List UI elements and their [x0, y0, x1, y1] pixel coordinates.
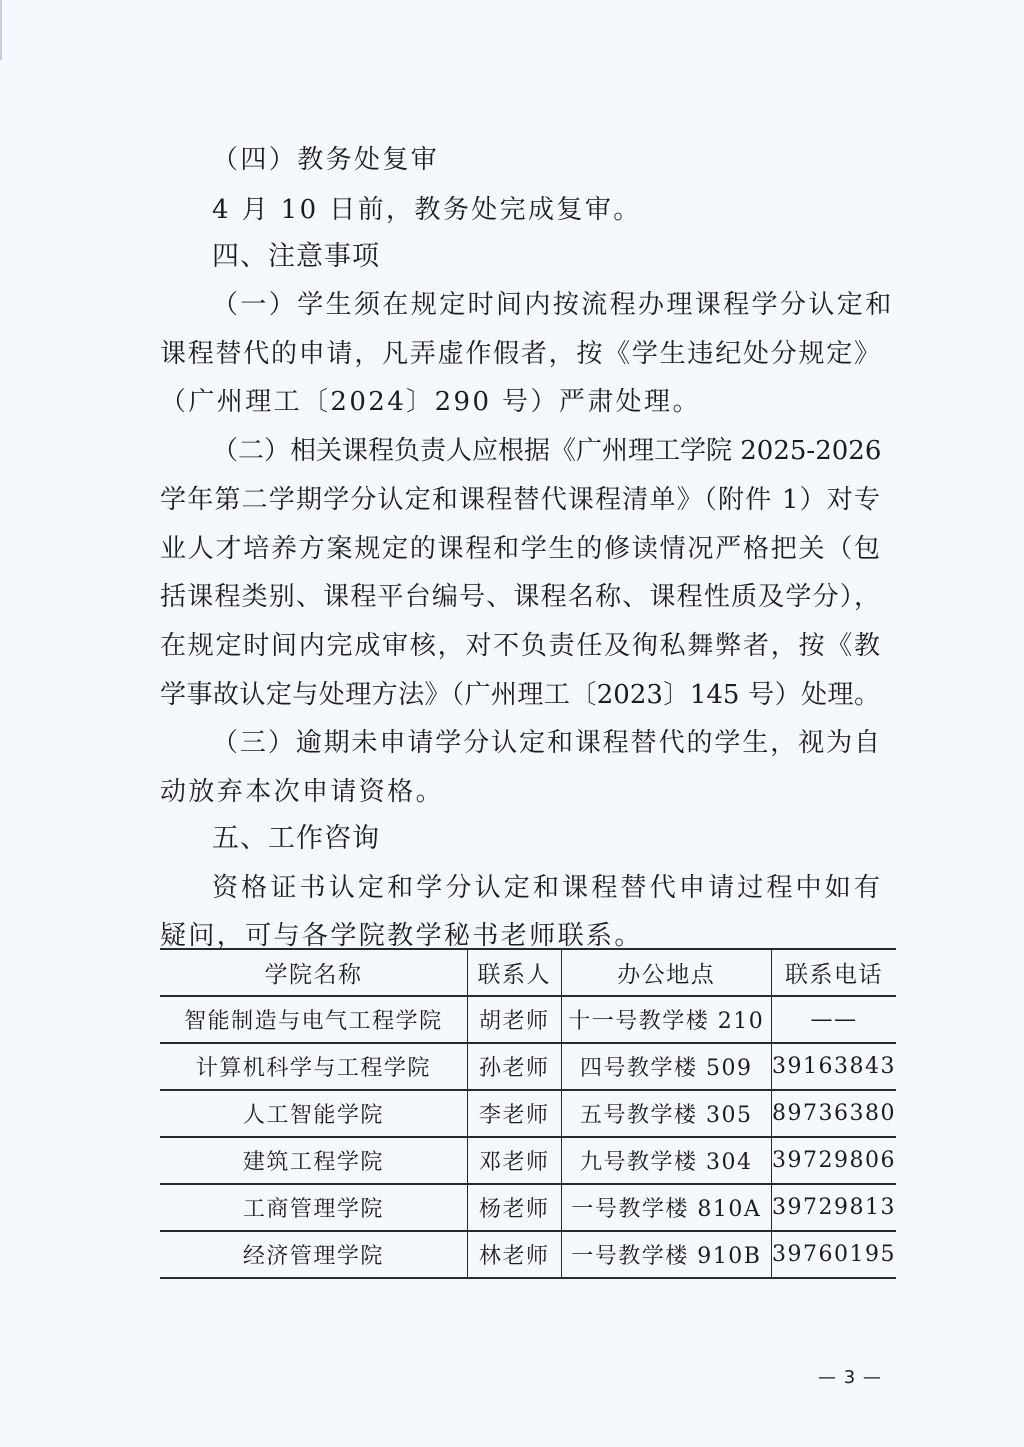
contact-person: 邓老师 — [467, 1137, 561, 1184]
note-3-line-2: 动放弃本次申请资格。 — [160, 772, 880, 812]
office-location: 十一号教学楼 210 — [561, 996, 771, 1043]
phone-number: 39729806 — [771, 1137, 896, 1184]
scan-edge-mark — [0, 0, 2, 60]
header-office-location: 办公地点 — [561, 949, 771, 996]
college-name: 智能制造与电气工程学院 — [160, 996, 467, 1043]
header-college-name: 学院名称 — [160, 949, 467, 996]
section-title-notes: 四、注意事项 — [212, 237, 932, 277]
note-2-line-2: 学年第二学期学分认定和课程替代课程清单》（附件 1）对专 — [160, 480, 880, 520]
table-row: 智能制造与电气工程学院 胡老师 十一号教学楼 210 —— — [160, 996, 896, 1043]
table-row: 经济管理学院 林老师 一号教学楼 910B 39760195 — [160, 1231, 896, 1278]
note-2-line-6: 学事故认定与处理方法》（广州理工〔2023〕145 号）处理。 — [160, 675, 880, 715]
note-1-line-2: 课程替代的申请，凡弄虚作假者，按《学生违纪处分规定》 — [160, 334, 880, 374]
table-row: 建筑工程学院 邓老师 九号教学楼 304 39729806 — [160, 1137, 896, 1184]
phone-number: 39760195 — [771, 1231, 896, 1278]
document-page: （四）教务处复审 4 月 10 日前，教务处完成复审。 四、注意事项 （一）学生… — [0, 0, 1024, 1447]
phone-number: —— — [771, 996, 896, 1043]
review-deadline-text: 4 月 10 日前，教务处完成复审。 — [212, 190, 932, 230]
note-1-line-1: （一）学生须在规定时间内按流程办理课程学分认定和 — [212, 285, 880, 325]
office-location: 四号教学楼 509 — [561, 1043, 771, 1090]
note-2-line-1: （二）相关课程负责人应根据《广州理工学院 2025-2026 — [212, 431, 880, 471]
note-1-line-3: （广州理工〔2024〕290 号）严肃处理。 — [160, 382, 880, 422]
office-location: 九号教学楼 304 — [561, 1137, 771, 1184]
phone-number: 39163843 — [771, 1043, 896, 1090]
contact-person: 林老师 — [467, 1231, 561, 1278]
college-name: 人工智能学院 — [160, 1090, 467, 1137]
header-contact-person: 联系人 — [467, 949, 561, 996]
table-row: 工商管理学院 杨老师 一号教学楼 810A 39729813 — [160, 1184, 896, 1231]
table-row: 计算机科学与工程学院 孙老师 四号教学楼 509 39163843 — [160, 1043, 896, 1090]
note-2-line-5: 在规定时间内完成审核，对不负责任及徇私舞弊者，按《教 — [160, 626, 880, 666]
phone-number: 89736380 — [771, 1090, 896, 1137]
consult-line-1: 资格证书认定和学分认定和课程替代申请过程中如有 — [212, 868, 880, 908]
contact-person: 杨老师 — [467, 1184, 561, 1231]
contacts-table: 学院名称 联系人 办公地点 联系电话 智能制造与电气工程学院 胡老师 十一号教学… — [160, 948, 896, 1279]
contact-person: 李老师 — [467, 1090, 561, 1137]
college-name: 计算机科学与工程学院 — [160, 1043, 467, 1090]
table-header-row: 学院名称 联系人 办公地点 联系电话 — [160, 949, 896, 996]
subsection-title-review: （四）教务处复审 — [212, 140, 932, 180]
college-name: 建筑工程学院 — [160, 1137, 467, 1184]
office-location: 一号教学楼 910B — [561, 1231, 771, 1278]
table-row: 人工智能学院 李老师 五号教学楼 305 89736380 — [160, 1090, 896, 1137]
contact-person: 孙老师 — [467, 1043, 561, 1090]
page-number: — 3 — — [818, 1367, 882, 1388]
phone-number: 39729813 — [771, 1184, 896, 1231]
note-2-line-4: 括课程类别、课程平台编号、课程名称、课程性质及学分）， — [160, 577, 880, 617]
contact-person: 胡老师 — [467, 996, 561, 1043]
note-3-line-1: （三）逾期未申请学分认定和课程替代的学生，视为自 — [212, 723, 880, 763]
college-name: 经济管理学院 — [160, 1231, 467, 1278]
header-phone: 联系电话 — [771, 949, 896, 996]
office-location: 五号教学楼 305 — [561, 1090, 771, 1137]
office-location: 一号教学楼 810A — [561, 1184, 771, 1231]
note-2-line-3: 业人才培养方案规定的课程和学生的修读情况严格把关（包 — [160, 529, 880, 569]
college-name: 工商管理学院 — [160, 1184, 467, 1231]
section-title-consultation: 五、工作咨询 — [212, 819, 932, 859]
